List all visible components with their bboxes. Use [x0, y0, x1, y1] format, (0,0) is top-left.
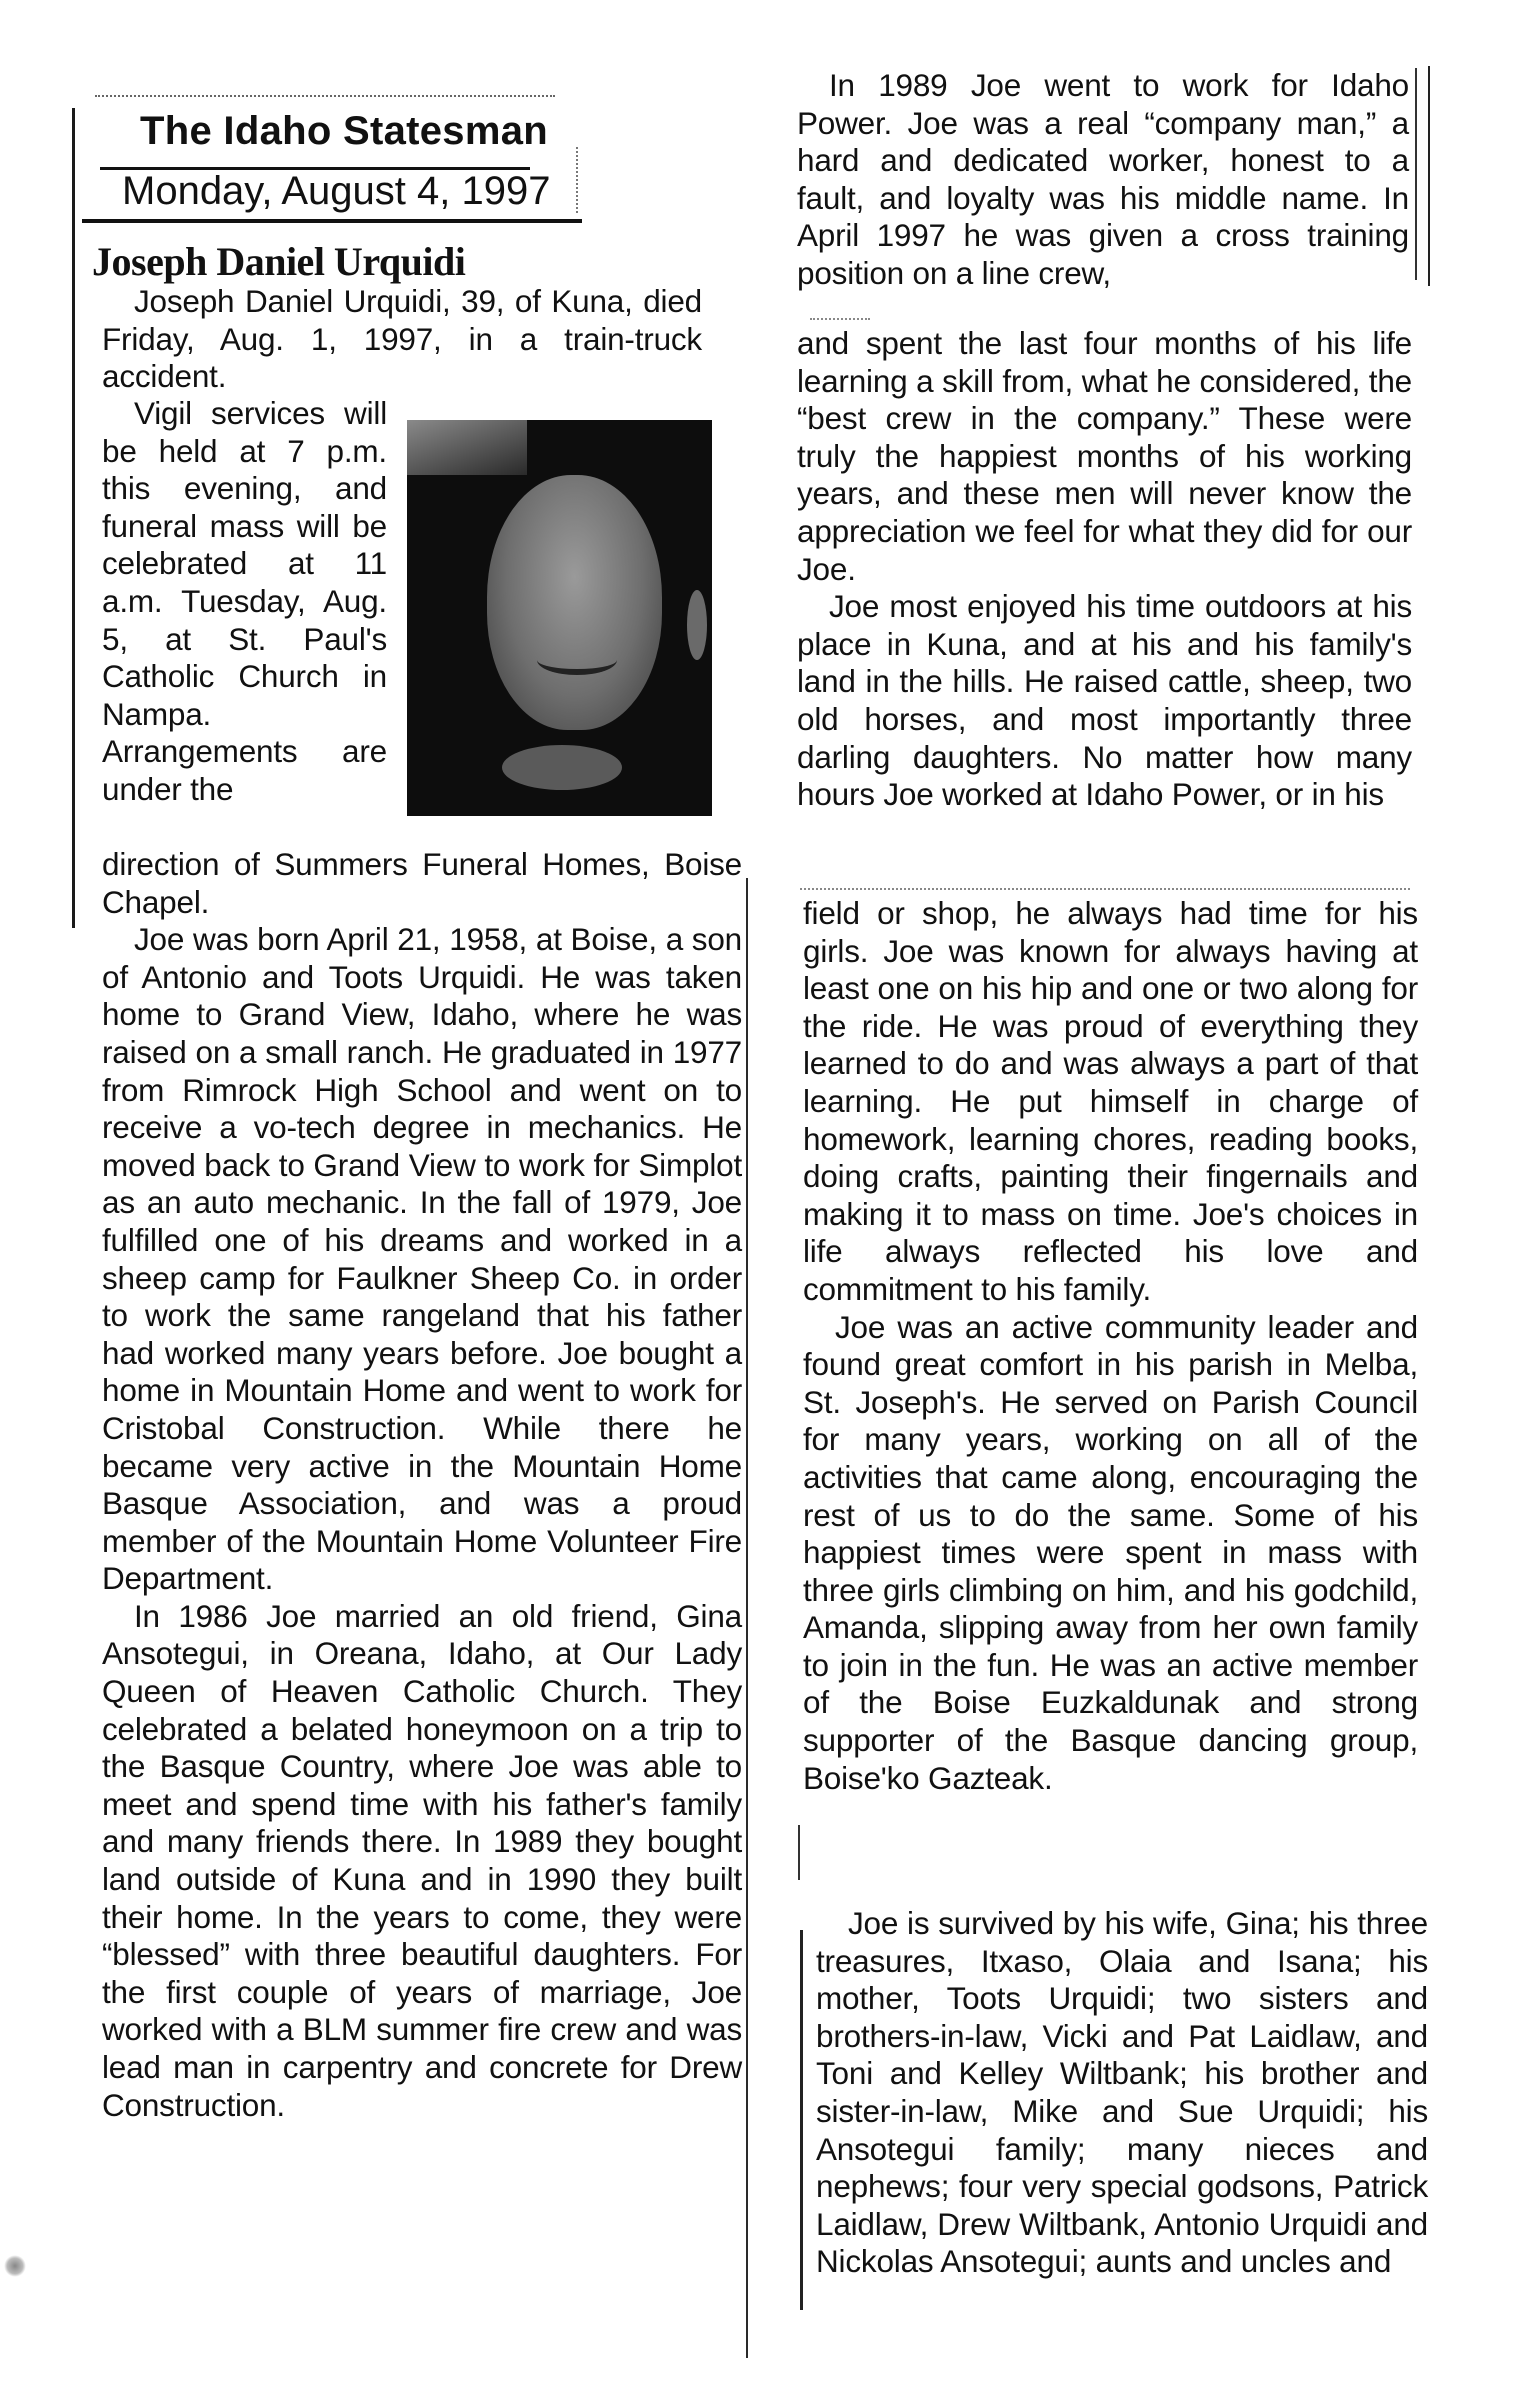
right-column-left-rule: [798, 1825, 800, 1880]
portrait-photo: [407, 420, 712, 816]
services-paragraph: Vigil services will be held at 7 p.m. th…: [102, 395, 387, 809]
marriage-paragraph: In 1986 Joe married an old friend, Gina …: [102, 1598, 742, 2124]
obituary-intro: Joseph Daniel Urquidi, 39, of Kuna, died…: [102, 283, 702, 396]
family-paragraph: field or shop, he always had time for hi…: [803, 895, 1418, 1309]
scan-speck: [4, 2255, 26, 2277]
clip-seam: [810, 318, 870, 320]
obituary-title: Joseph Daniel Urquidi: [92, 238, 465, 285]
idaho-power-continued: and spent the last four months of his li…: [797, 325, 1412, 588]
publication-date: Monday, August 4, 1997: [122, 169, 550, 214]
right-edge-rule-outer: [1428, 66, 1430, 286]
masthead-edge-mark: [576, 147, 580, 213]
right-column-block-2: and spent the last four months of his li…: [797, 325, 1412, 814]
survivors-left-rule: [800, 1930, 803, 2310]
photo-background-highlight: [407, 420, 527, 475]
community-paragraph: Joe was an active community leader and f…: [803, 1309, 1418, 1798]
column-divider: [746, 878, 748, 2358]
newspaper-name: The Idaho Statesman: [140, 109, 548, 154]
left-body-column: direction of Summers Funeral Homes, Bois…: [102, 846, 742, 2124]
portrait-face: [487, 475, 662, 730]
services-continued: direction of Summers Funeral Homes, Bois…: [102, 846, 742, 921]
survivors-block: Joe is survived by his wife, Gina; his t…: [816, 1905, 1428, 2281]
birth-paragraph: Joe was born April 21, 1958, at Boise, a…: [102, 921, 742, 1598]
survivors-paragraph: Joe is survived by his wife, Gina; his t…: [816, 1905, 1428, 2281]
idaho-power-paragraph: In 1989 Joe went to work for Idaho Power…: [797, 67, 1409, 293]
portrait-collar: [502, 745, 622, 790]
clip-seam: [800, 888, 1410, 890]
left-column-border: [72, 108, 75, 928]
right-edge-rule: [1415, 68, 1417, 280]
right-column-block-3: field or shop, he always had time for hi…: [803, 895, 1418, 1797]
masthead-top-rule: [95, 95, 555, 99]
right-column-block-1: In 1989 Joe went to work for Idaho Power…: [797, 67, 1409, 293]
masthead-bottom-rule: [82, 219, 582, 223]
portrait-smile: [537, 645, 617, 675]
newspaper-clipping: The Idaho Statesman Monday, August 4, 19…: [0, 0, 1537, 2405]
outdoors-paragraph: Joe most enjoyed his time outdoors at hi…: [797, 588, 1412, 814]
portrait-ear: [687, 590, 707, 660]
services-column: Vigil services will be held at 7 p.m. th…: [102, 395, 387, 809]
intro-paragraph: Joseph Daniel Urquidi, 39, of Kuna, died…: [102, 283, 702, 396]
